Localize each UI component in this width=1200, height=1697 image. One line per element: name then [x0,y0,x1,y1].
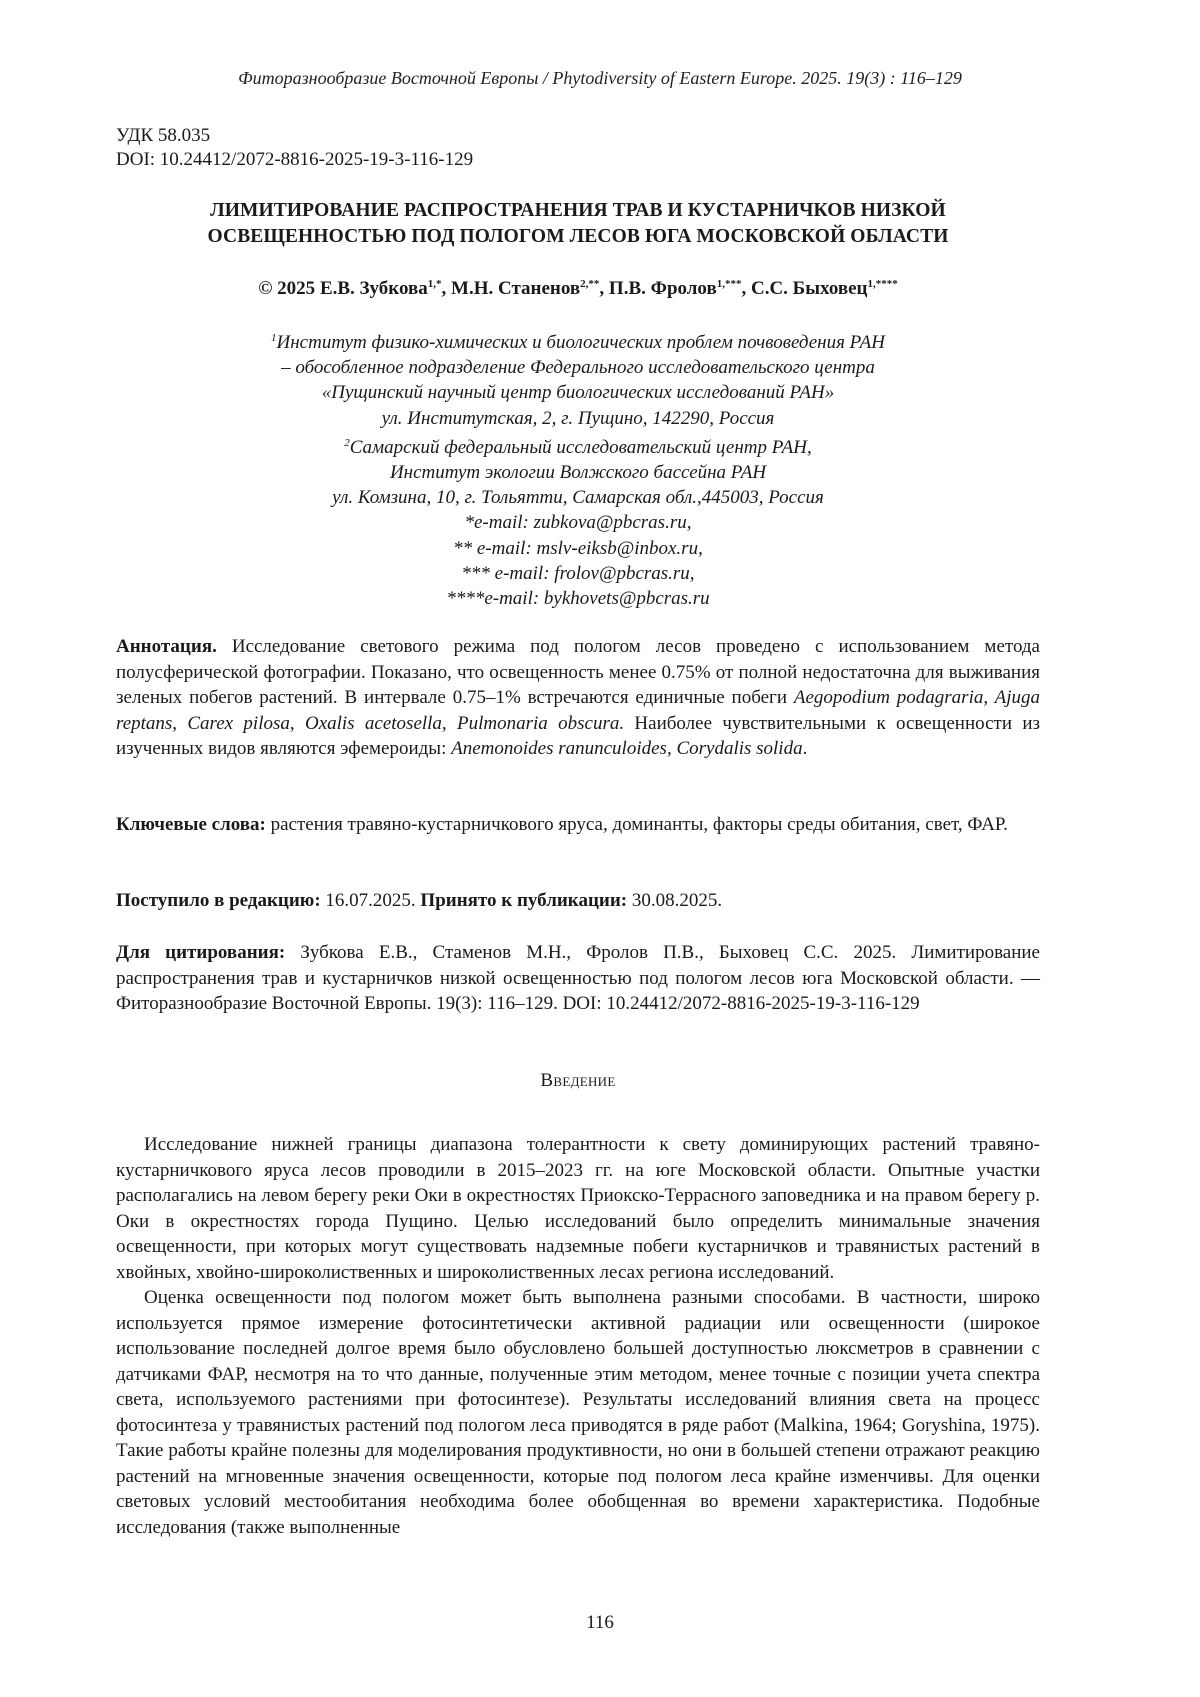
species-names: Oxalis acetosella, Pulmonaria obscura. [305,713,624,734]
publication-dates: Поступило в редакцию: 16.07.2025. Принят… [116,888,1040,914]
author-affiliation-marker: 1,* [428,278,442,290]
abstract-text: . [803,738,808,759]
udc-code: УДК 58.035 [116,124,473,148]
affiliation-text: Самарский федеральный исследовательский … [350,437,812,458]
paragraph: Оценка освещенности под пологом может бы… [116,1285,1040,1540]
doi[interactable]: DOI: 10.24412/2072-8816-2025-19-3-116-12… [116,148,473,172]
introduction-body: Исследование нижней границы диапазона то… [116,1132,1040,1540]
author: М.Н. Станенов [451,278,580,299]
abstract-label: Аннотация. [116,636,217,657]
article-identifiers: УДК 58.035 DOI: 10.24412/2072-8816-2025-… [116,124,473,172]
received-label: Поступило в редакцию: [116,890,321,911]
abstract: Аннотация. Исследование светового режима… [116,634,1040,762]
accepted-date: 30.08.2025. [627,890,722,911]
author: Е.В. Зубкова [320,278,428,299]
author-affiliation-marker: 2,** [580,278,599,290]
affiliation-1-line: «Пущинский научный центр биологических и… [116,380,1040,405]
affiliation-1-address: ул. Институтская, 2, г. Пущино, 142290, … [116,406,1040,431]
affiliation-2-address: ул. Комзина, 10, г. Тольятти, Самарская … [116,485,1040,510]
article-title: ЛИМИТИРОВАНИЕ РАСПРОСТРАНЕНИЯ ТРАВ И КУС… [116,198,1040,250]
keywords-label: Ключевые слова: [116,814,266,835]
email[interactable]: *e-mail: zubkova@pbcras.ru, [116,510,1040,535]
accepted-label: Принято к публикации: [420,890,627,911]
email[interactable]: ** e-mail: mslv-eiksb@inbox.ru, [116,536,1040,561]
paragraph: Исследование нижней границы диапазона то… [116,1132,1040,1285]
species-names: Anemonoides ranunculoides, Corydalis sol… [451,738,802,759]
copyright: © 2025 [258,278,315,299]
running-head: Фиторазнообразие Восточной Европы / Phyt… [0,68,1200,89]
author: П.В. Фролов [609,278,717,299]
affiliation-2-line: 2Самарский федеральный исследовательский… [116,431,1040,460]
separator: , [290,713,305,734]
author-list: © 2025 Е.В. Зубкова1,*, М.Н. Станенов2,*… [116,278,1040,300]
title-line-2: ОСВЕЩЕННОСТЬЮ ПОД ПОЛОГОМ ЛЕСОВ ЮГА МОСК… [116,224,1040,250]
affiliation-text: Институт физико-химических и биологическ… [277,332,885,353]
affiliation-2-line: Институт экологии Волжского бассейна РАН [116,460,1040,485]
title-line-1: ЛИМИТИРОВАНИЕ РАСПРОСТРАНЕНИЯ ТРАВ И КУС… [116,198,1040,224]
received-date: 16.07.2025. [321,890,421,911]
affiliations: 1Институт физико-химических и биологичес… [116,326,1040,611]
section-heading-introduction: Введение [116,1070,1040,1092]
page-number: 116 [0,1612,1200,1634]
keywords: Ключевые слова: растения травяно-кустарн… [116,812,1040,838]
affiliation-1-line: 1Институт физико-химических и биологичес… [116,326,1040,355]
author-affiliation-marker: 1,*** [717,278,742,290]
email[interactable]: ****e-mail: bykhovets@pbcras.ru [116,586,1040,611]
author-affiliation-marker: 1,**** [868,278,898,290]
keywords-text: растения травяно-кустарничкового яруса, … [266,814,1008,835]
citation-label: Для цитирования: [116,942,285,963]
affiliation-1-line: – обособленное подразделение Федеральног… [116,355,1040,380]
citation: Для цитирования: Зубкова Е.В., Стаменов … [116,940,1040,1017]
email[interactable]: *** e-mail: frolov@pbcras.ru, [116,561,1040,586]
author: С.С. Быховец [751,278,868,299]
